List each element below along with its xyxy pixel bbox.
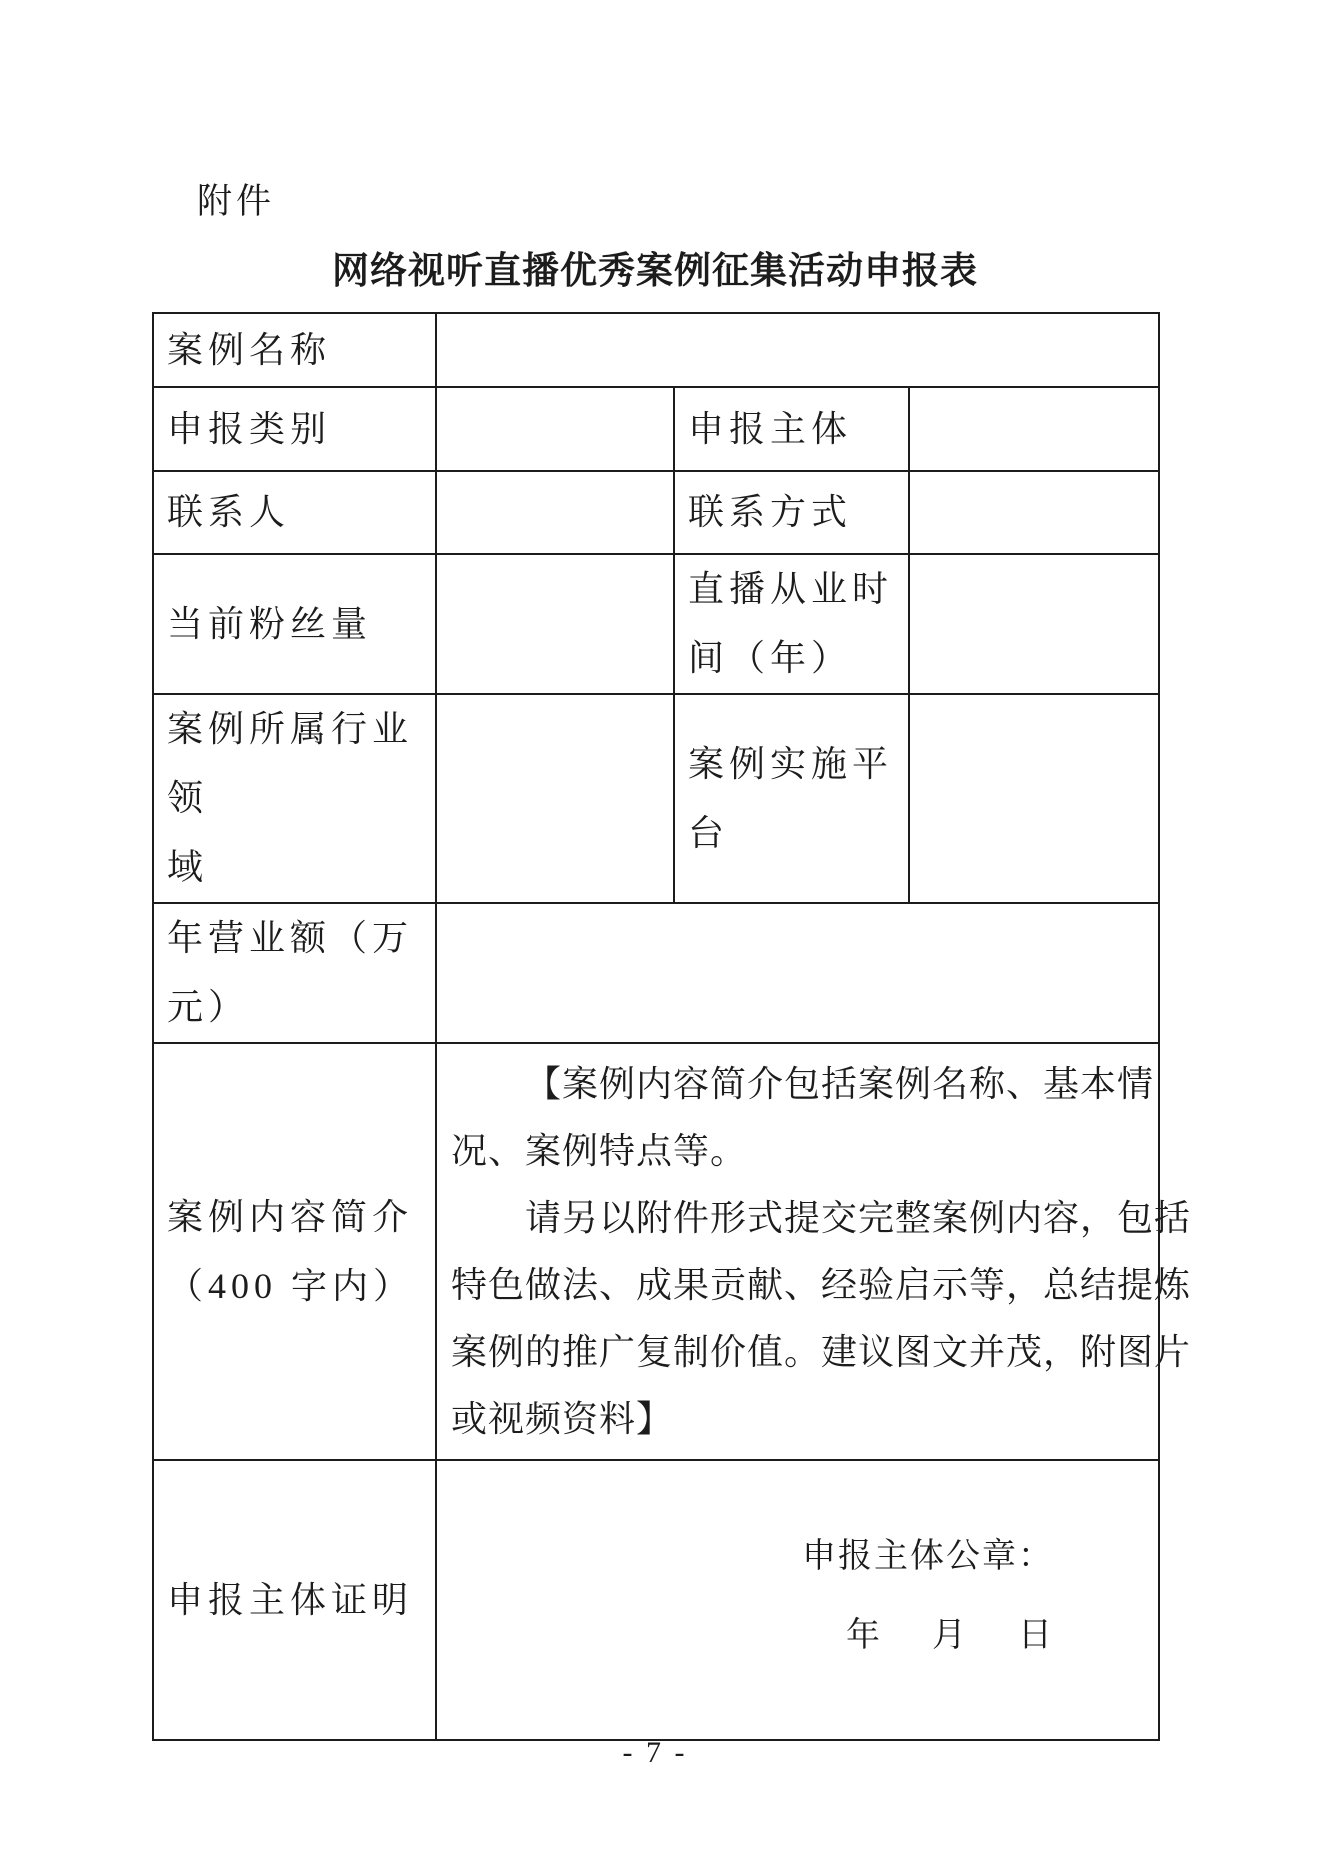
document-title: 网络视听直播优秀案例征集活动申报表 — [152, 240, 1158, 294]
contact-method-label: 联系方式 — [674, 471, 909, 554]
date-day-label: 日 — [1018, 1607, 1054, 1656]
row-contact: 联系人 联系方式 — [153, 471, 1159, 554]
row-case-name: 案例名称 — [153, 313, 1159, 387]
contact-person-value-cell — [436, 471, 674, 554]
current-fans-label: 当前粉丝量 — [153, 554, 436, 694]
annual-revenue-value-cell — [436, 903, 1159, 1043]
attachment-label: 附件 — [197, 174, 275, 224]
platform-value-cell — [909, 694, 1159, 903]
subject-value-cell — [909, 387, 1159, 471]
application-form-table: 案例名称 申报类别 申报主体 联系人 联系方式 当前粉丝量 直播从业时 间（年）… — [152, 312, 1160, 1741]
seal-label: 申报主体公章： — [802, 1528, 1054, 1577]
row-industry-platform: 案例所属行业领 域 案例实施平 台 — [153, 694, 1159, 903]
proof-label: 申报主体证明 — [153, 1460, 436, 1740]
date-year-label: 年 — [846, 1607, 882, 1656]
platform-label: 案例实施平 台 — [674, 694, 909, 903]
page-number: - 7 - — [152, 1736, 1158, 1770]
industry-field-label: 案例所属行业领 域 — [153, 694, 436, 903]
intro-line: 或视频资料】 — [451, 1386, 1144, 1453]
contact-method-value-cell — [909, 471, 1159, 554]
annual-revenue-label: 年营业额（万元） — [153, 903, 436, 1043]
streaming-years-label: 直播从业时 间（年） — [674, 554, 909, 694]
intro-line: 请另以附件形式提交完整案例内容，包括 — [451, 1185, 1144, 1252]
date-row: 年 月 日 — [846, 1607, 1054, 1656]
intro-line: 案例的推广复制价值。建议图文并茂，附图片 — [451, 1319, 1144, 1386]
industry-field-value-cell — [436, 694, 674, 903]
intro-line: 特色做法、成果贡献、经验启示等，总结提炼 — [451, 1252, 1144, 1319]
intro-line: 况、案例特点等。 — [451, 1118, 1144, 1185]
document-page: 附件 网络视听直播优秀案例征集活动申报表 案例名称 申报类别 申报主体 联系人 … — [0, 0, 1322, 1869]
proof-content-cell: 申报主体公章： 年 月 日 — [436, 1460, 1159, 1740]
category-value-cell — [436, 387, 674, 471]
case-intro-content-cell: 【案例内容简介包括案例名称、基本情 况、案例特点等。 请另以附件形式提交完整案例… — [436, 1043, 1159, 1460]
row-category-subject: 申报类别 申报主体 — [153, 387, 1159, 471]
streaming-years-value-cell — [909, 554, 1159, 694]
subject-label: 申报主体 — [674, 387, 909, 471]
case-intro-label: 案例内容简介 （400 字内） — [153, 1043, 436, 1460]
seal-block: 申报主体公章： 年 月 日 — [437, 1528, 1158, 1672]
category-label: 申报类别 — [153, 387, 436, 471]
current-fans-value-cell — [436, 554, 674, 694]
case-name-value-cell — [436, 313, 1159, 387]
row-case-intro: 案例内容简介 （400 字内） 【案例内容简介包括案例名称、基本情 况、案例特点… — [153, 1043, 1159, 1460]
row-annual-revenue: 年营业额（万元） — [153, 903, 1159, 1043]
contact-person-label: 联系人 — [153, 471, 436, 554]
row-proof: 申报主体证明 申报主体公章： 年 月 日 — [153, 1460, 1159, 1740]
row-fans-years: 当前粉丝量 直播从业时 间（年） — [153, 554, 1159, 694]
intro-line: 【案例内容简介包括案例名称、基本情 — [451, 1051, 1144, 1118]
case-name-label: 案例名称 — [153, 313, 436, 387]
date-month-label: 月 — [932, 1607, 968, 1656]
